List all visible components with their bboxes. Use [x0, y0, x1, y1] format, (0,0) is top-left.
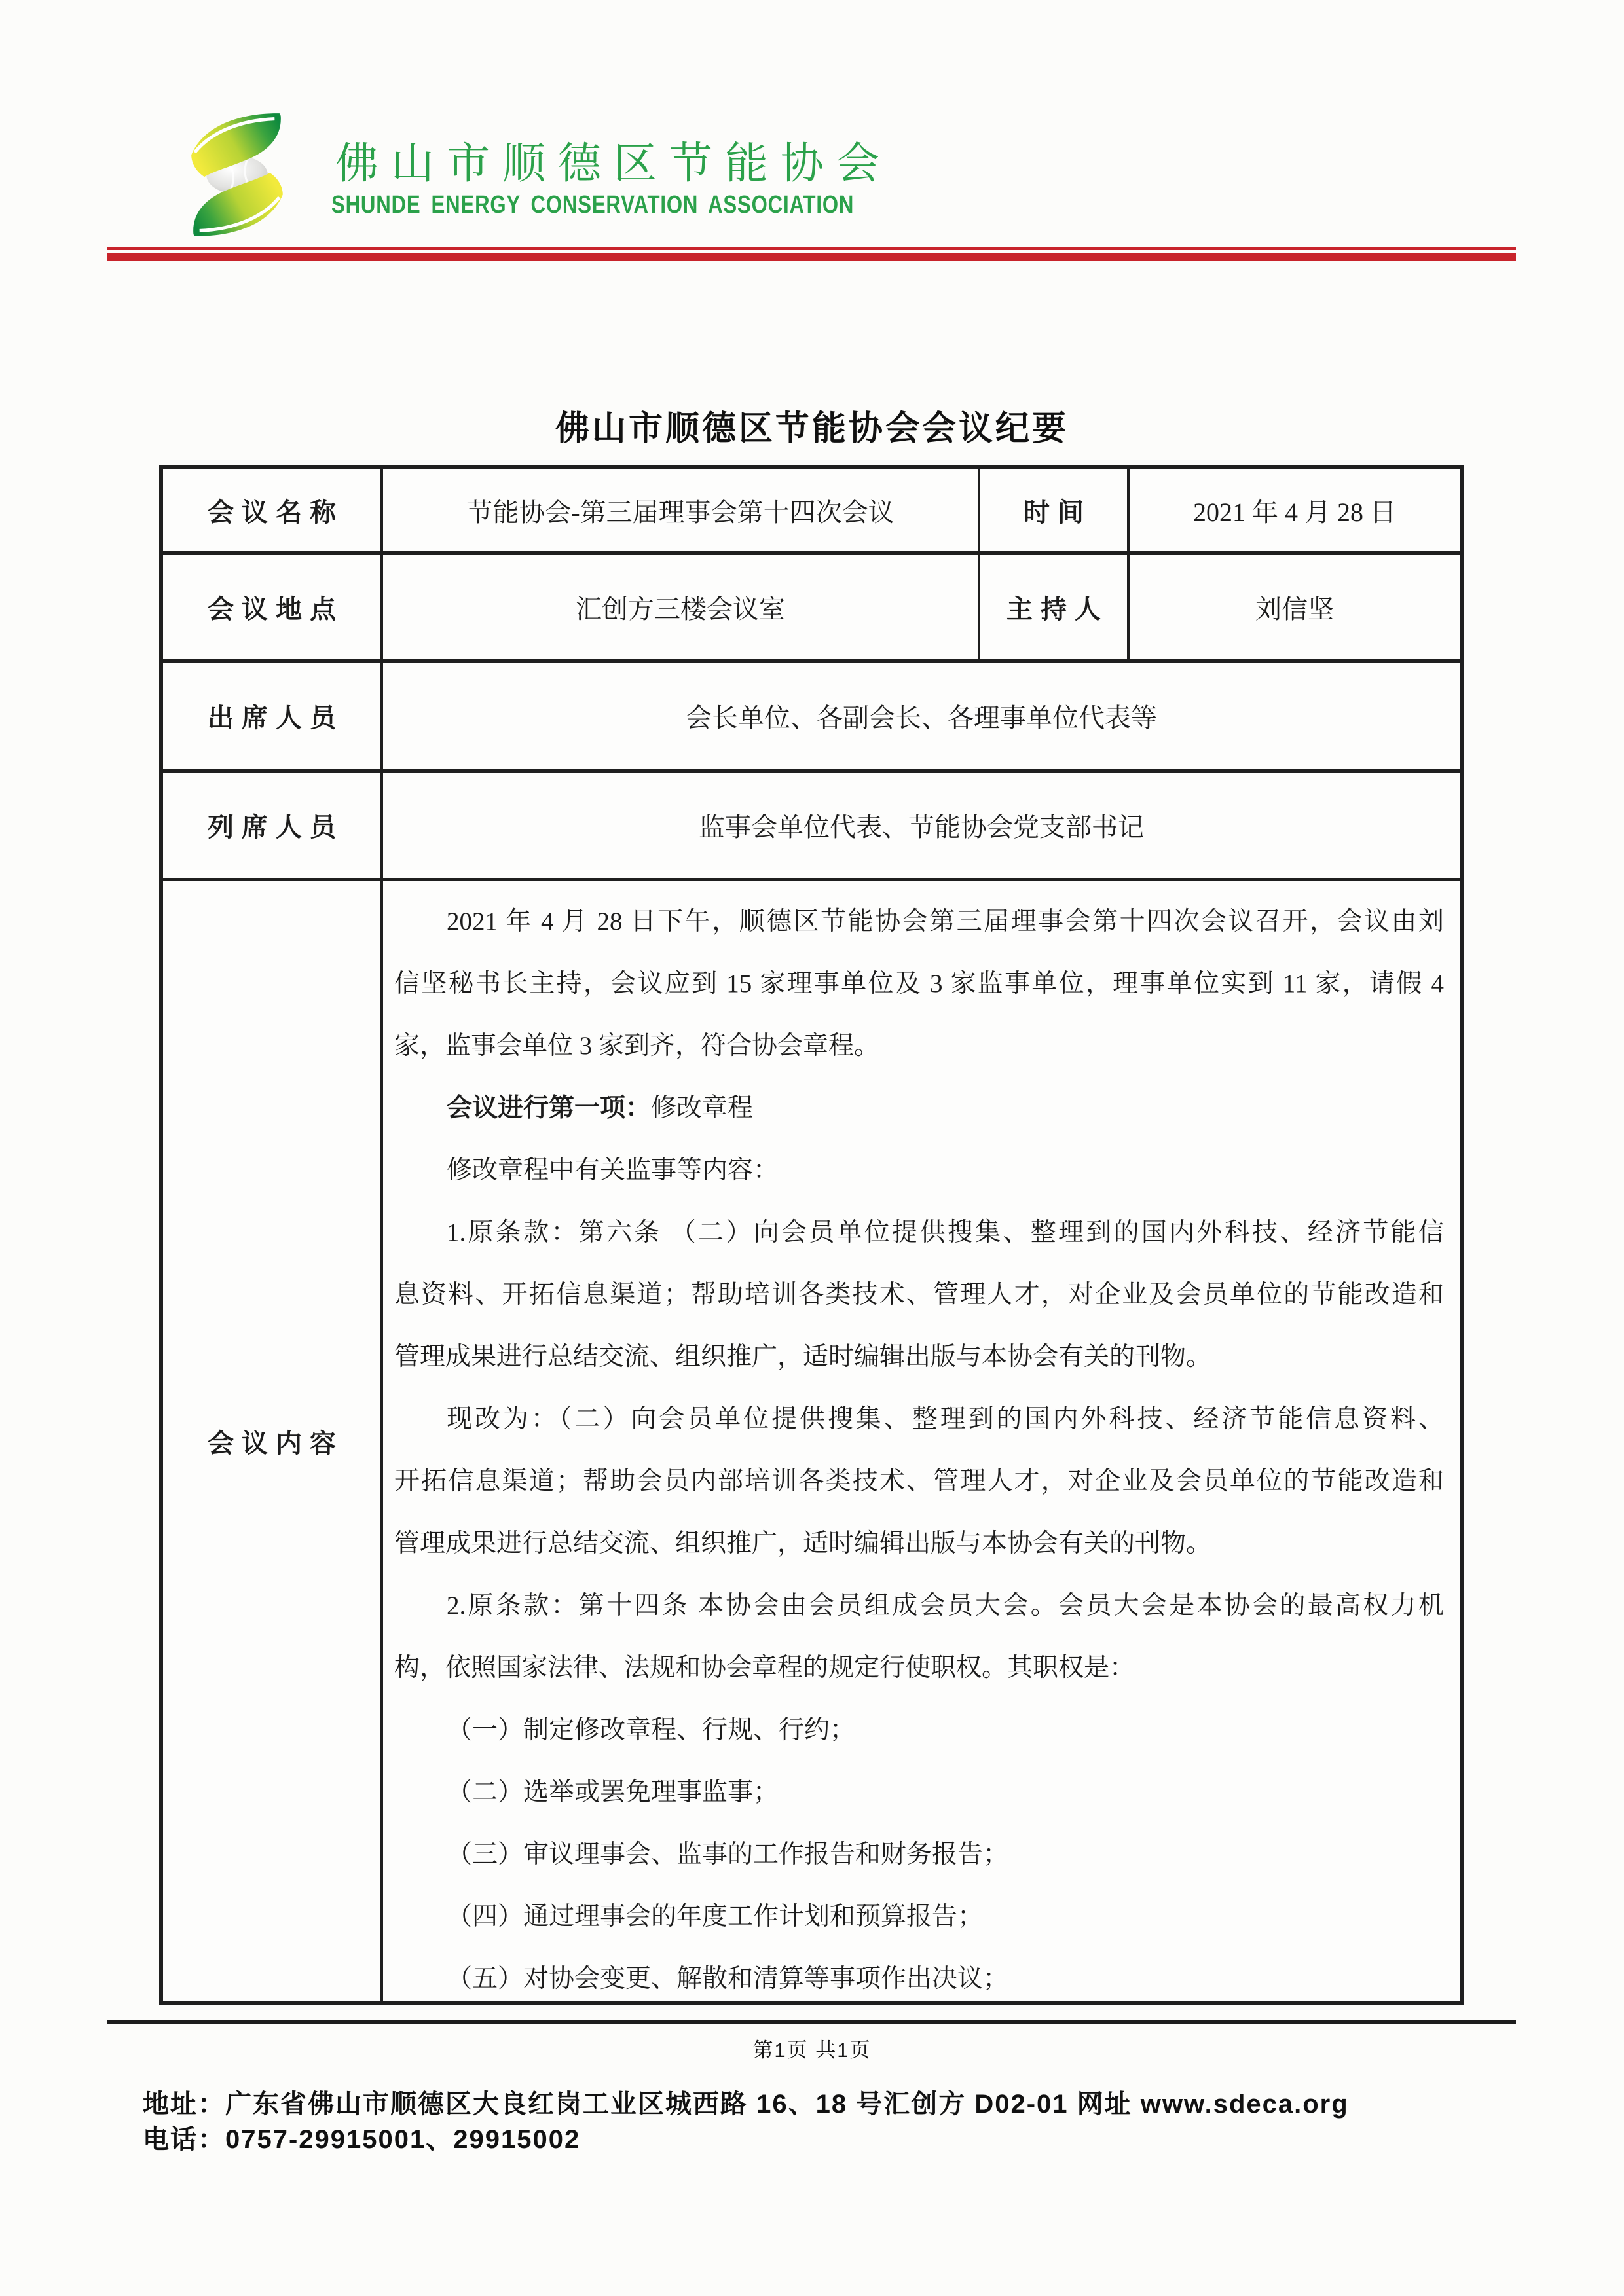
content-line: 信坚秘书长主持，会议应到 15 家理事单位及 3 家监事单位，理事单位实到 11… [394, 953, 1444, 1015]
content-line: 2.原条款：第十四条 本协会由会员组成会员大会。会员大会是本协会的最高权力机 [394, 1575, 1444, 1637]
label-meeting-name: 会议名称 [163, 469, 383, 555]
label-observers: 列席人员 [163, 773, 383, 881]
label-attendees: 出席人员 [163, 663, 383, 773]
meeting-info-table: 会议名称 节能协会-第三届理事会第十四次会议 时间 2021 年 4 月 28 … [159, 465, 1464, 2005]
label-location: 会议地点 [163, 555, 383, 663]
content-line: （二）选举或罢免理事监事； [394, 1761, 1444, 1823]
label-meeting-content: 会议内容 [163, 881, 383, 2001]
content-line: 开拓信息渠道；帮助会员内部培训各类技术、管理人才，对企业及会员单位的节能改造和 [394, 1450, 1444, 1512]
content-line: （一）制定修改章程、行规、行约； [394, 1699, 1444, 1761]
header-rule-thick [107, 253, 1516, 261]
label-time: 时间 [980, 469, 1130, 555]
meeting-content-body: 2021 年 4 月 28 日下午，顺德区节能协会第三届理事会第十四次会议召开，… [383, 881, 1460, 2001]
value-time: 2021 年 4 月 28 日 [1130, 469, 1460, 555]
value-attendees: 会长单位、各副会长、各理事单位代表等 [383, 663, 1460, 773]
footer-address: 地址：广东省佛山市顺德区大良红岗工业区城西路 16、18 号汇创方 D02-01… [143, 2083, 1349, 2121]
value-observers: 监事会单位代表、节能协会党支部书记 [383, 773, 1460, 881]
document-page: 佛山市顺德区节能协会 SHUNDE ENERGY CONSERVATION AS… [0, 0, 1624, 2296]
value-moderator: 刘信坚 [1130, 555, 1460, 663]
value-location: 汇创方三楼会议室 [383, 555, 980, 663]
content-line: 管理成果进行总结交流、组织推广，适时编辑出版与本协会有关的刊物。 [394, 1326, 1444, 1388]
content-line: 息资料、开拓信息渠道；帮助培训各类技术、管理人才，对企业及会员单位的节能改造和 [394, 1264, 1444, 1326]
content-line: 家，监事会单位 3 家到齐，符合协会章程。 [394, 1015, 1444, 1077]
association-logo-icon [185, 110, 289, 240]
org-name-cn: 佛山市顺德区节能协会 [335, 128, 892, 191]
content-line: （四）通过理事会的年度工作计划和预算报告； [394, 1886, 1444, 1948]
value-meeting-name: 节能协会-第三届理事会第十四次会议 [383, 469, 980, 555]
label-moderator: 主持人 [980, 555, 1130, 663]
content-line: 现改为：（二）向会员单位提供搜集、整理到的国内外科技、经济节能信息资料、 [394, 1388, 1444, 1450]
org-name-en: SHUNDE ENERGY CONSERVATION ASSOCIATION [331, 191, 854, 219]
content-line: 构，依照国家法律、法规和协会章程的规定行使职权。其职权是： [394, 1637, 1444, 1699]
content-line: （三）审议理事会、监事的工作报告和财务报告； [394, 1823, 1444, 1886]
document-title: 佛山市顺德区节能协会会议纪要 [0, 401, 1624, 450]
footer-rule [107, 2020, 1516, 2024]
content-line: （五）对协会变更、解散和清算等事项作出决议； [394, 1948, 1444, 2001]
footer-phone: 电话：0757-29915001、29915002 [143, 2119, 580, 2156]
header-rule-thin [107, 247, 1516, 250]
page-indicator: 第1页 共1页 [0, 2033, 1624, 2063]
content-line: 修改章程中有关监事等内容： [394, 1139, 1444, 1201]
content-line: 2021 年 4 月 28 日下午，顺德区节能协会第三届理事会第十四次会议召开，… [394, 890, 1444, 953]
content-line: 管理成果进行总结交流、组织推广，适时编辑出版与本协会有关的刊物。 [394, 1512, 1444, 1575]
content-line: 1.原条款：第六条 （二）向会员单位提供搜集、整理到的国内外科技、经济节能信 [394, 1201, 1444, 1264]
content-line: 会议进行第一项：修改章程 [394, 1077, 1444, 1139]
